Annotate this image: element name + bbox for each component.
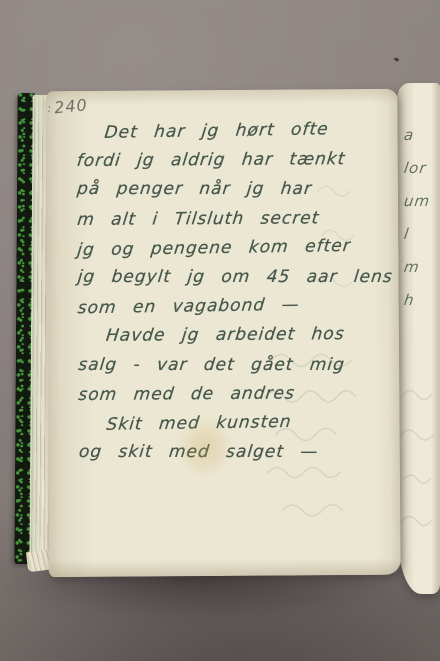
writing-fragment: um xyxy=(404,185,440,218)
page-number: :240 xyxy=(47,95,89,118)
next-page-showthrough-strokes xyxy=(399,383,437,543)
handwriting-line: Det har jg hørt ofte xyxy=(44,114,399,149)
ink-showthrough-strokes xyxy=(261,344,392,545)
writing-fragment: lor xyxy=(404,152,440,185)
ink-showthrough-strokes-upper xyxy=(312,177,383,307)
photo-background: alorumlmh :240 Det har jg hørt oftefordi… xyxy=(0,0,440,661)
writing-fragment: l xyxy=(404,218,440,251)
next-page-sliver: alorumlmh xyxy=(397,83,440,594)
dust-speck xyxy=(394,57,400,62)
next-page-writing-fragments: alorumlmh xyxy=(404,119,440,317)
writing-fragment: m xyxy=(404,251,440,284)
paper-stain xyxy=(176,416,234,478)
handwriting-line: fordi jg aldrig har tænkt xyxy=(44,145,399,177)
page-number-prefix: : xyxy=(47,102,53,115)
writing-fragment: h xyxy=(404,284,440,317)
writing-fragment: a xyxy=(404,119,440,152)
page-number-value: 240 xyxy=(53,95,88,117)
notebook-page: :240 Det har jg hørt oftefordi jg aldrig… xyxy=(45,89,400,577)
